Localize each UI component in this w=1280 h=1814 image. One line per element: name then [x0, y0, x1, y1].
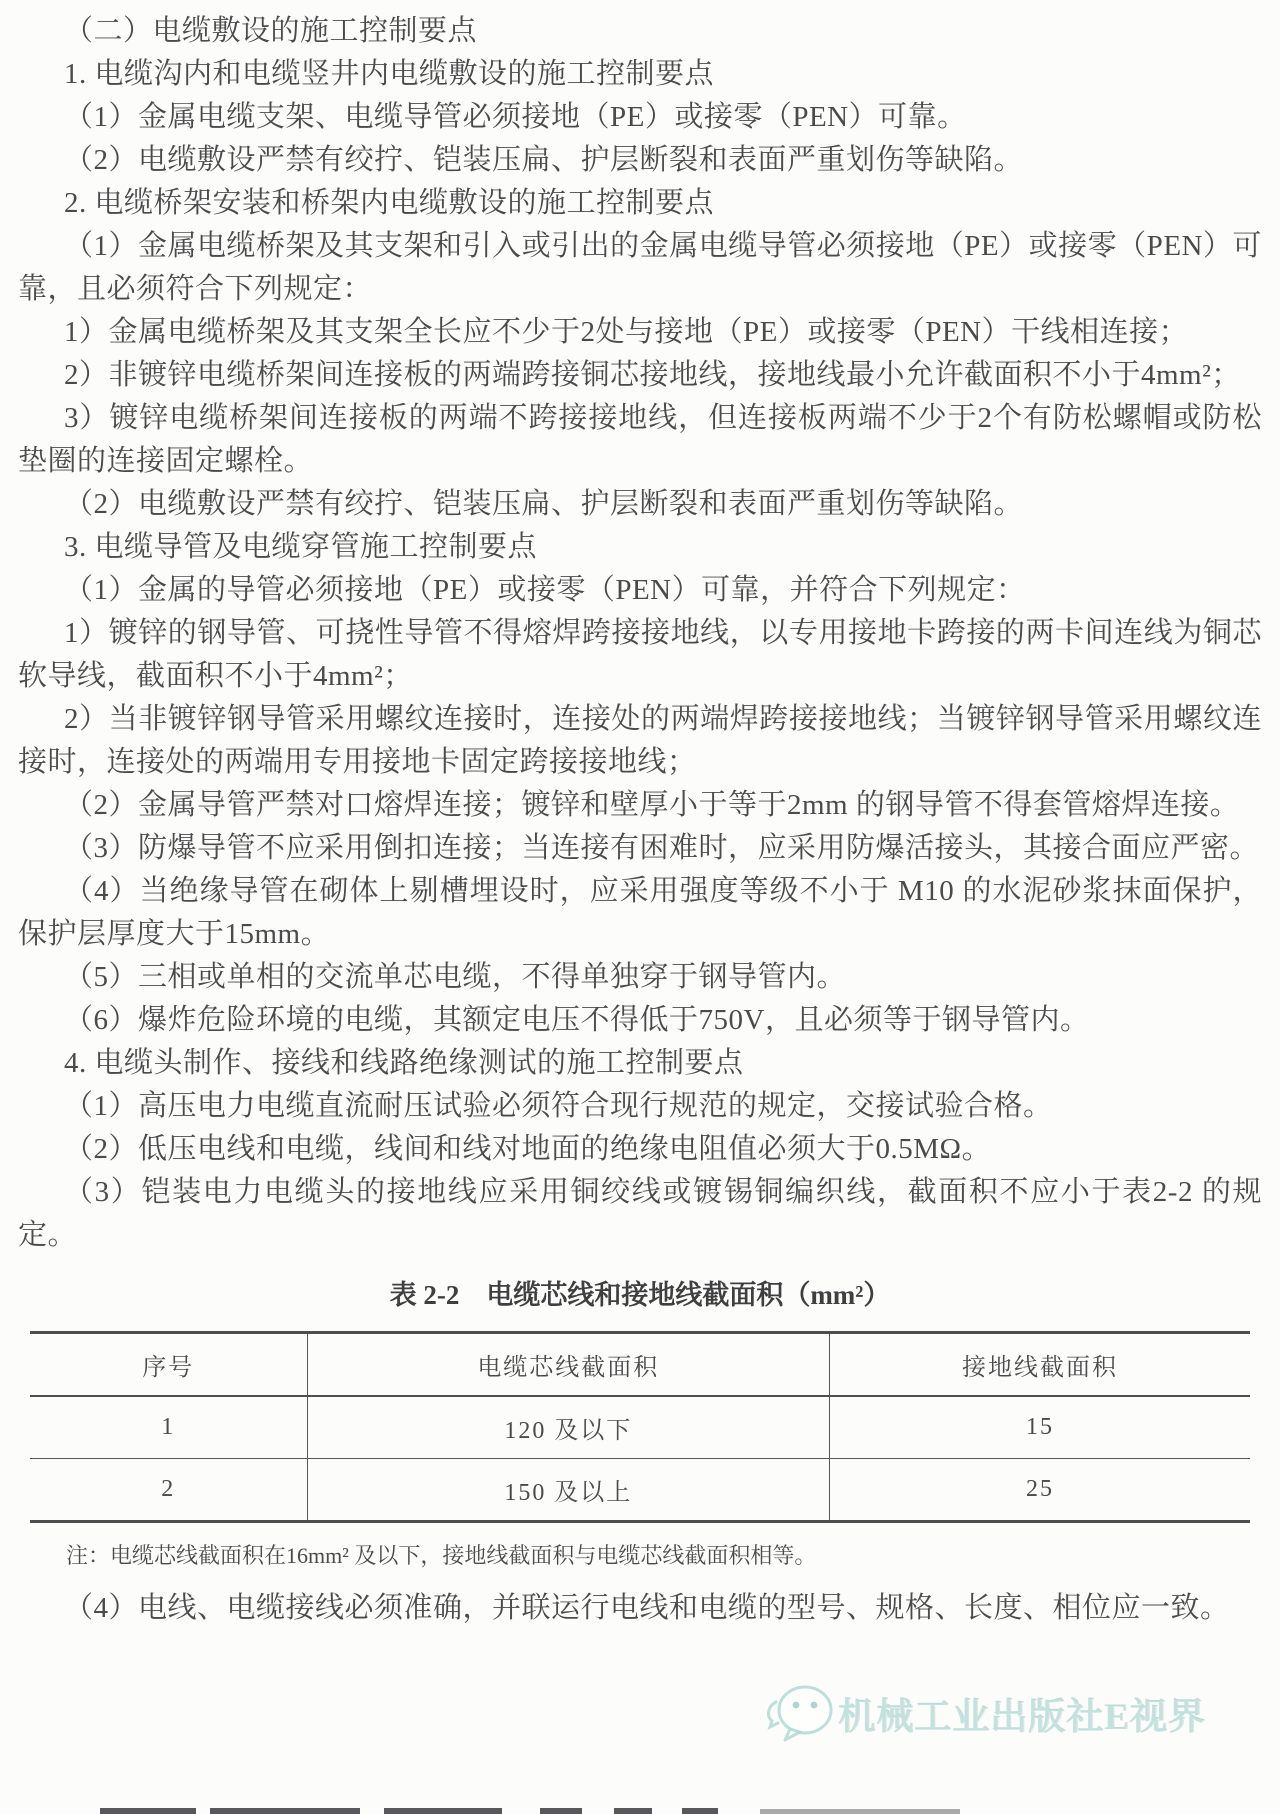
paragraph: 1. 电缆沟内和电缆竖井内电缆敷设的施工控制要点	[18, 53, 1262, 96]
paragraph: 2）非镀锌电缆桥架间连接板的两端跨接铜芯接地线，接地线最小允许截面积不小于4mm…	[18, 354, 1262, 397]
table-cell: 15	[830, 1396, 1250, 1459]
paragraph: 4. 电缆头制作、接线和线路绝缘测试的施工控制要点	[18, 1042, 1262, 1085]
paragraph: （1）金属电缆桥架及其支架和引入或引出的金属电缆导管必须接地（PE）或接零（PE…	[18, 225, 1262, 311]
body-before-table: （二）电缆敷设的施工控制要点1. 电缆沟内和电缆竖井内电缆敷设的施工控制要点（1…	[0, 0, 1280, 1257]
paragraph: 1）金属电缆桥架及其支架全长应不少于2处与接地（PE）或接零（PEN）干线相连接…	[18, 311, 1262, 354]
table-cell: 25	[830, 1459, 1250, 1522]
cropped-next-line	[0, 1807, 1280, 1814]
table-row: 2150 及以上25	[30, 1459, 1250, 1522]
paragraph: 3. 电缆导管及电缆穿管施工控制要点	[18, 526, 1262, 569]
paragraph: （3）防爆导管不应采用倒扣连接；当连接有困难时，应采用防爆活接头，其接合面应严密…	[18, 827, 1262, 870]
table-header-row: 序号电缆芯线截面积接地线截面积	[30, 1333, 1250, 1397]
paragraph: （2）金属导管严禁对口熔焊连接；镀锌和壁厚小于等于2mm 的钢导管不得套管熔焊连…	[18, 784, 1262, 827]
publisher-watermark: 机械工业出版社E视界	[762, 1658, 1222, 1768]
table-row: 1120 及以下15	[30, 1396, 1250, 1459]
table-cell: 1	[30, 1396, 307, 1459]
paragraph: （1）金属电缆支架、电缆导管必须接地（PE）或接零（PEN）可靠。	[18, 96, 1262, 139]
paragraph: （2）电缆敷设严禁有绞拧、铠装压扁、护层断裂和表面严重划伤等缺陷。	[18, 483, 1262, 526]
table-cell: 2	[30, 1459, 307, 1522]
spec-table-body: 1120 及以下152150 及以上25	[30, 1396, 1250, 1522]
wechat-icon	[762, 1680, 834, 1746]
spec-table: 序号电缆芯线截面积接地线截面积 1120 及以下152150 及以上25	[30, 1331, 1250, 1523]
paragraph: （2）低压电线和电缆，线间和线对地面的绝缘电阻值必须大于0.5MΩ。	[18, 1128, 1262, 1171]
table-note: 注：电缆芯线截面积在16mm² 及以下，接地线截面积与电缆芯线截面积相等。	[66, 1541, 1260, 1571]
paragraph: （4）当绝缘导管在砌体上剔槽埋设时，应采用强度等级不小于 M10 的水泥砂浆抹面…	[18, 870, 1262, 956]
table-cell: 120 及以下	[307, 1396, 829, 1459]
paragraph: （1）金属的导管必须接地（PE）或接零（PEN）可靠，并符合下列规定：	[18, 569, 1262, 612]
paragraph: （5）三相或单相的交流单芯电缆，不得单独穿于钢导管内。	[18, 956, 1262, 999]
paragraph: （6）爆炸危险环境的电缆，其额定电压不得低于750V，且必须等于钢导管内。	[18, 999, 1262, 1042]
table-block: 表 2-2 电缆芯线和接地线截面积（mm²） 序号电缆芯线截面积接地线截面积 1…	[0, 1275, 1280, 1571]
watermark-label: 机械工业出版社E视界	[838, 1686, 1206, 1740]
paragraph: （4）电线、电缆接线必须准确，并联运行电线和电缆的型号、规格、长度、相位应一致。	[18, 1587, 1262, 1630]
paragraph: 1）镀锌的钢导管、可挠性导管不得熔焊跨接接地线，以专用接地卡跨接的两卡间连线为铜…	[18, 612, 1262, 698]
table-header-cell: 接地线截面积	[830, 1333, 1250, 1397]
paragraph: 2）当非镀锌钢导管采用螺纹连接时，连接处的两端焊跨接接地线；当镀锌钢导管采用螺纹…	[18, 698, 1262, 784]
paragraph: （二）电缆敷设的施工控制要点	[18, 10, 1262, 53]
table-header-cell: 电缆芯线截面积	[307, 1333, 829, 1397]
table-cell: 150 及以上	[307, 1459, 829, 1522]
paragraph: （1）高压电力电缆直流耐压试验必须符合现行规范的规定，交接试验合格。	[18, 1085, 1262, 1128]
paragraph: 2. 电缆桥架安装和桥架内电缆敷设的施工控制要点	[18, 182, 1262, 225]
body-after-table: （4）电线、电缆接线必须准确，并联运行电线和电缆的型号、规格、长度、相位应一致。	[0, 1571, 1280, 1630]
paragraph: （3）铠装电力电缆头的接地线应采用铜绞线或镀锡铜编织线，截面积不应小于表2-2 …	[18, 1171, 1262, 1257]
paragraph: 3）镀锌电缆桥架间连接板的两端不跨接接地线，但连接板两端不少于2个有防松螺帽或防…	[18, 397, 1262, 483]
scanned-document-page: （二）电缆敷设的施工控制要点1. 电缆沟内和电缆竖井内电缆敷设的施工控制要点（1…	[0, 0, 1280, 1814]
paragraph: （2）电缆敷设严禁有绞拧、铠装压扁、护层断裂和表面严重划伤等缺陷。	[18, 139, 1262, 182]
spec-table-head: 序号电缆芯线截面积接地线截面积	[30, 1333, 1250, 1397]
table-caption: 表 2-2 电缆芯线和接地线截面积（mm²）	[0, 1275, 1280, 1315]
table-header-cell: 序号	[30, 1333, 307, 1397]
